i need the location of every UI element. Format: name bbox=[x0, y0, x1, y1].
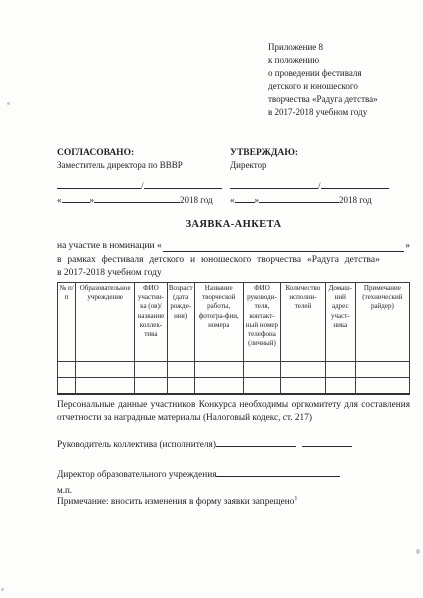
table-header-cell: № п/п bbox=[58, 283, 76, 362]
footnote-text: Примечание: вносить изменения в форму за… bbox=[57, 497, 294, 507]
year-label: 2018 год bbox=[339, 195, 372, 205]
participants-table: № п/п Образовательное учреждение ФИО уча… bbox=[57, 282, 410, 395]
table-cell-empty bbox=[355, 362, 409, 378]
date-blank bbox=[235, 193, 255, 203]
nomination-suffix: » bbox=[405, 240, 410, 254]
table-cell-empty bbox=[243, 362, 280, 378]
table-header-cell: Возраст (дата рожде-ния) bbox=[167, 283, 194, 362]
nomination-prefix: на участие в номинации « bbox=[57, 240, 162, 254]
appendix-line: творчества «Радуга детства» bbox=[268, 93, 420, 106]
table-cell-empty bbox=[167, 362, 194, 378]
director-signature-line: Директор образовательного учреждения bbox=[57, 467, 340, 480]
approve-block: УТВЕРЖДАЮ: Директор / «»2018 год bbox=[230, 148, 398, 205]
table-header-cell: Образовательное учреждение bbox=[76, 283, 135, 362]
page-title: ЗАЯВКА-АНКЕТА bbox=[57, 219, 410, 230]
table-cell-empty bbox=[135, 378, 168, 395]
table-header-cell: ФИО руководи-теля, контакт-ный номер тел… bbox=[243, 283, 280, 362]
agreed-signature-line: / bbox=[57, 179, 225, 191]
table-cell-empty bbox=[76, 362, 135, 378]
appendix-block: Приложение 8 к положению о проведении фе… bbox=[268, 41, 420, 119]
footnote: Примечание: вносить изменения в форму за… bbox=[57, 496, 297, 507]
table-cell-empty bbox=[76, 378, 135, 395]
signature-blank bbox=[230, 179, 318, 189]
approve-signature-line: / bbox=[230, 179, 398, 191]
appendix-line: в 2017-2018 учебном году bbox=[268, 106, 420, 119]
scan-artifact bbox=[7, 102, 10, 105]
signature-blank bbox=[216, 437, 296, 447]
table-row bbox=[58, 362, 410, 378]
table-cell-empty bbox=[281, 362, 326, 378]
approve-label: УТВЕРЖДАЮ: bbox=[230, 148, 398, 158]
table-header-cell: Количество исполни-телей bbox=[281, 283, 326, 362]
footnote-mark: 1 bbox=[294, 496, 297, 502]
signature-blank bbox=[321, 179, 389, 189]
table-cell-empty bbox=[194, 378, 243, 395]
appendix-line: о проведении фестиваля bbox=[268, 67, 420, 80]
table-cell-empty bbox=[325, 362, 355, 378]
table-header-cell: Название творческой работы, фотогра-фии,… bbox=[194, 283, 243, 362]
appendix-line: к положению bbox=[268, 54, 420, 67]
signature-blank bbox=[144, 179, 222, 189]
approve-role: Директор bbox=[230, 160, 398, 170]
date-blank bbox=[259, 193, 339, 203]
intro-line: в 2017-2018 учебном году bbox=[57, 267, 410, 281]
leader-label: Руководитель коллектива (исполнителя) bbox=[57, 440, 216, 450]
table-cell-empty bbox=[355, 378, 409, 395]
table-cell-empty bbox=[281, 378, 326, 395]
seal-placeholder: м.п. bbox=[57, 485, 72, 495]
table-header-cell: Примечание (технический райдер) bbox=[355, 283, 409, 362]
signature-blank bbox=[302, 437, 352, 447]
table-cell-empty bbox=[194, 362, 243, 378]
approve-date-line: «»2018 год bbox=[230, 193, 398, 205]
document-page: Приложение 8 к положению о проведении фе… bbox=[0, 0, 423, 598]
nomination-line: на участие в номинации « » bbox=[57, 240, 410, 254]
intro-paragraph: на участие в номинации « » в рамках фест… bbox=[57, 240, 410, 281]
agreed-block: СОГЛАСОВАНО: Заместитель директора по ВВ… bbox=[57, 148, 225, 205]
agreed-date-line: «»2018 год bbox=[57, 193, 225, 205]
year-label: 2018 год bbox=[180, 195, 213, 205]
personal-data-note: Персональные данные участников Конкурса … bbox=[57, 399, 410, 424]
signature-blank bbox=[216, 467, 340, 477]
table-cell-empty bbox=[58, 378, 76, 395]
appendix-line: Приложение 8 bbox=[268, 41, 420, 54]
leader-signature-line: Руководитель коллектива (исполнителя) bbox=[57, 437, 352, 450]
appendix-line: детского и юношеского bbox=[268, 80, 420, 93]
agreed-label: СОГЛАСОВАНО: bbox=[57, 148, 225, 158]
scan-artifact bbox=[1, 588, 4, 591]
table-header-row: № п/п Образовательное учреждение ФИО уча… bbox=[58, 283, 410, 362]
signature-blank bbox=[57, 179, 141, 189]
table-cell-empty bbox=[325, 378, 355, 395]
table-cell-empty bbox=[135, 362, 168, 378]
table-header-cell: ФИО участни-ка (ов)/ название коллек-тив… bbox=[135, 283, 168, 362]
intro-line: в рамках фестиваля детского и юношеского… bbox=[57, 254, 410, 268]
table-cell-empty bbox=[243, 378, 280, 395]
director-label: Директор образовательного учреждения bbox=[57, 470, 216, 480]
table-row bbox=[58, 378, 410, 395]
table-cell-empty bbox=[58, 362, 76, 378]
table-cell-empty bbox=[167, 378, 194, 395]
date-blank bbox=[94, 193, 180, 203]
date-blank bbox=[62, 193, 90, 203]
scan-artifact bbox=[416, 549, 420, 554]
table-header-cell: Домаш-ний адрес участ-ника bbox=[325, 283, 355, 362]
agreed-role: Заместитель директора по ВВВР bbox=[57, 160, 225, 170]
nomination-blank bbox=[163, 250, 404, 252]
